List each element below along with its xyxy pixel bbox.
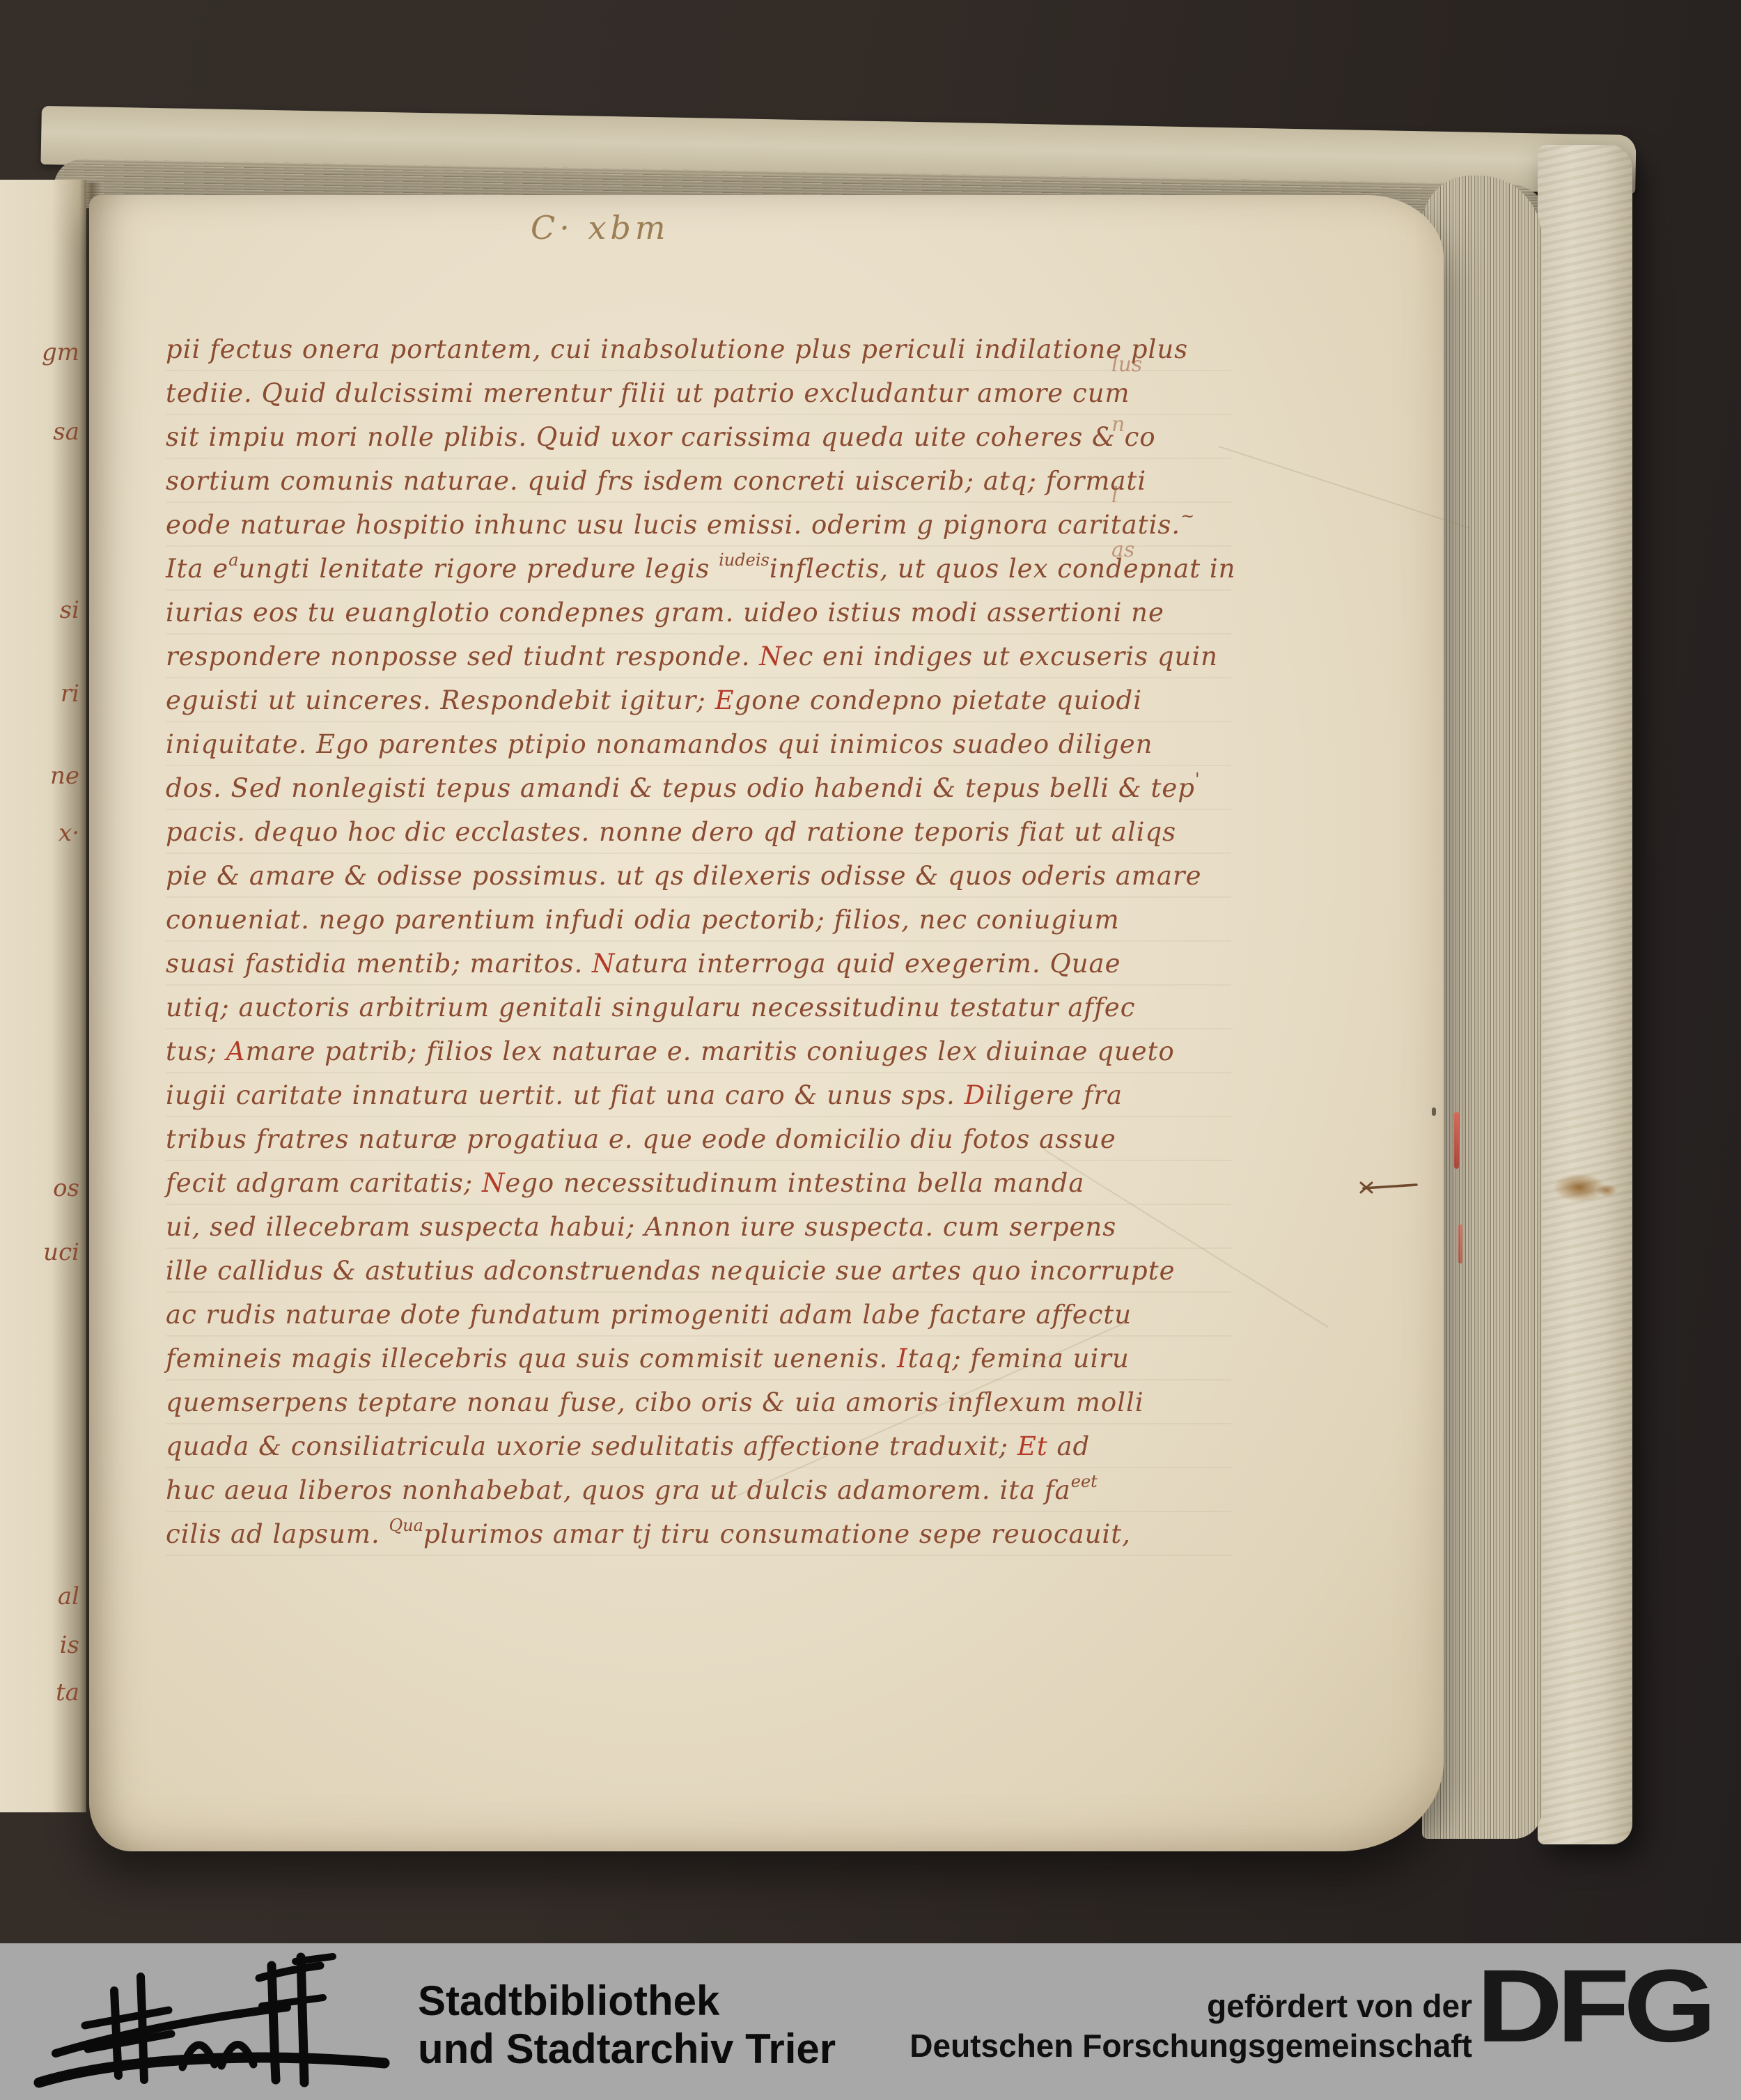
line-text: fecit adgram caritatis;	[166, 1168, 482, 1198]
left-page-line-ending: is	[0, 1631, 104, 1659]
line-text: quemserpens teptare nonau fuse, cibo ori…	[166, 1387, 1144, 1417]
ink-offset-fragment: n	[1111, 412, 1125, 437]
manuscript-line: utiq; auctoris arbitrium genitali singul…	[166, 986, 1231, 1029]
line-text: eguisti ut uinceres. Respondebit igitur;	[166, 685, 715, 715]
line-text: inflectis, ut quos lex condepnat in	[770, 554, 1236, 584]
interlinear-gloss: Qua	[389, 1516, 423, 1535]
line-text: atura interroga quid exegerim. Quae	[615, 949, 1121, 979]
left-page-line-ending: ne	[0, 762, 104, 790]
left-page-line-ending: os	[0, 1174, 104, 1202]
book-cover-right-board	[1538, 145, 1632, 1844]
funding-line2: Deutschen Forschungsgemeinschaft	[836, 2026, 1472, 2066]
left-page-line-ending: uci	[0, 1238, 104, 1266]
line-text: conueniat. nego parentium infudi odia pe…	[166, 905, 1120, 935]
interlinear-gloss: ~	[1180, 506, 1194, 526]
folio-mark: C· xbm	[531, 209, 669, 247]
line-text: pacis. dequo hoc dic ecclastes. nonne de…	[166, 817, 1176, 847]
line-text: ac rudis naturae dote fundatum primogeni…	[166, 1300, 1132, 1330]
red-edge-speck	[1454, 1112, 1459, 1169]
rubric-initial: I	[897, 1344, 908, 1374]
left-page-line-ending: al	[0, 1582, 104, 1610]
ink-offset-fragment: l	[1111, 483, 1118, 508]
manuscript-line: dos. Sed nonlegisti tepus amandi & tepus…	[166, 766, 1231, 810]
red-edge-speck	[1458, 1224, 1462, 1263]
interlinear-gloss: iudeis	[719, 550, 770, 570]
manuscript-line: sortium comunis naturae. quid frs isdem …	[166, 459, 1231, 503]
manuscript-line: tediie. Quid dulcissimi merentur filii u…	[166, 371, 1231, 415]
line-text: utiq; auctoris arbitrium genitali singul…	[166, 993, 1135, 1022]
manuscript-line: ac rudis naturae dote fundatum primogeni…	[166, 1293, 1231, 1337]
line-text: iniquitate. Ego parentes ptipio nonamand…	[166, 729, 1153, 759]
line-text: gone condepno pietate quiodi	[735, 685, 1142, 715]
interlinear-gloss: a	[228, 550, 238, 570]
manuscript-line: iniquitate. Ego parentes ptipio nonamand…	[166, 722, 1231, 766]
funding-line1: gefördert von der	[836, 1986, 1472, 2026]
funding-credit: gefördert von der Deutschen Forschungsge…	[836, 1986, 1472, 2066]
manuscript-text-block: pii fectus onera portantem, cui inabsolu…	[166, 327, 1231, 1556]
rubric-initial: N	[759, 641, 782, 671]
line-text: sit impiu mori nolle plibis. Quid uxor c…	[166, 422, 1156, 452]
rubric-initial: N	[482, 1168, 505, 1198]
library-name-line1: Stadtbibliothek	[418, 1977, 836, 2025]
line-text: ego necessitudinum intestina bella manda	[505, 1168, 1084, 1198]
manuscript-line: sit impiu mori nolle plibis. Quid uxor c…	[166, 415, 1231, 459]
line-text: femineis magis illecebris qua suis commi…	[166, 1344, 897, 1374]
manuscript-line: pii fectus onera portantem, cui inabsolu…	[166, 327, 1231, 371]
line-text: sortium comunis naturae. quid frs isdem …	[166, 466, 1146, 496]
manuscript-line: quemserpens teptare nonau fuse, cibo ori…	[166, 1380, 1231, 1424]
manuscript-line: eode naturae hospitio inhunc usu lucis e…	[166, 503, 1231, 547]
manuscript-line: pacis. dequo hoc dic ecclastes. nonne de…	[166, 810, 1231, 854]
digitized-manuscript-photo: C· xbm pii fectus onera portantem, cui i…	[0, 0, 1741, 2100]
manuscript-line: ille callidus & astutius adconstruendas …	[166, 1249, 1231, 1293]
rubric-initial: N	[592, 949, 615, 979]
manuscript-line: suasi fastidia mentib; maritos. Natura i…	[166, 942, 1231, 986]
line-text: tediie. Quid dulcissimi merentur filii u…	[166, 378, 1130, 408]
manuscript-line: ui, sed illecebram suspecta habui; Annon…	[166, 1205, 1231, 1249]
line-text: iurias eos tu euanglotio condepnes gram.…	[166, 598, 1164, 628]
line-text: Ita e	[166, 554, 228, 584]
line-text: suasi fastidia mentib; maritos.	[166, 949, 592, 979]
manuscript-line: quada & consiliatricula uxorie sedulitat…	[166, 1424, 1231, 1468]
left-page-line-ending: ta	[0, 1679, 104, 1706]
line-text: ad	[1048, 1431, 1091, 1461]
manuscript-line: respondere nonposse sed tiudnt responde.…	[166, 635, 1231, 678]
left-page-line-ending: si	[0, 596, 104, 624]
trier-bridge-logo	[31, 1947, 393, 2095]
line-text: pii fectus onera portantem, cui inabsolu…	[166, 334, 1188, 364]
line-text: mare patrib; filios lex naturae e. marit…	[246, 1036, 1175, 1066]
line-text: taq; femina uiru	[908, 1344, 1130, 1374]
left-page-line-ending: ri	[0, 680, 104, 708]
interlinear-gloss: eet	[1071, 1472, 1098, 1491]
manuscript-line: conueniat. nego parentium infudi odia pe…	[166, 898, 1231, 942]
left-page-line-ending: sa	[0, 418, 104, 446]
line-text: iligere fra	[985, 1080, 1123, 1110]
line-text: ille callidus & astutius adconstruendas …	[166, 1256, 1175, 1286]
line-text: ec eni indiges ut excuseris quin	[783, 641, 1218, 671]
left-page-line-ending: gm	[0, 339, 104, 366]
line-text: iugii caritate innatura uertit. ut fiat …	[166, 1080, 965, 1110]
left-page-line-ending: x·	[0, 819, 104, 847]
line-text: dos. Sed nonlegisti tepus amandi & tepus…	[166, 773, 1195, 803]
ink-offset-fragment: as	[1111, 538, 1134, 562]
manuscript-line: tribus fratres naturæ progatiua e. que e…	[166, 1117, 1231, 1161]
line-text: tribus fratres naturæ progatiua e. que e…	[166, 1124, 1116, 1154]
rubric-initial: D	[965, 1080, 986, 1110]
line-text: quada & consiliatricula uxorie sedulitat…	[166, 1431, 1017, 1461]
ink-offset-fragment: lus	[1111, 352, 1142, 377]
manuscript-line: pie & amare & odisse possimus. ut qs dil…	[166, 854, 1231, 898]
manuscript-line: eguisti ut uinceres. Respondebit igitur;…	[166, 678, 1231, 722]
line-text: respondere nonposse sed tiudnt responde.	[166, 641, 759, 671]
manuscript-line: huc aeua liberos nonhabebat, quos gra ut…	[166, 1468, 1231, 1512]
dark-edge-speck	[1432, 1107, 1436, 1116]
line-text: huc aeua liberos nonhabebat, quos gra ut…	[166, 1475, 1071, 1505]
line-text: plurimos amar tj tiru consumatione sepe …	[423, 1519, 1131, 1549]
line-text: pie & amare & odisse possimus. ut qs dil…	[166, 861, 1202, 891]
line-text: tus;	[166, 1036, 226, 1066]
marginal-correction-mark	[1355, 1172, 1425, 1202]
rubric-initial: E	[715, 685, 735, 715]
dfg-logo: DFG	[1476, 1954, 1710, 2058]
rubric-initial: A	[226, 1036, 246, 1066]
library-name: Stadtbibliothek und Stadtarchiv Trier	[418, 1977, 836, 2073]
rubric-initial: Et	[1017, 1431, 1048, 1461]
library-name-line2: und Stadtarchiv Trier	[418, 2025, 836, 2073]
line-text: cilis ad lapsum.	[166, 1519, 389, 1549]
manuscript-line: iugii caritate innatura uertit. ut fiat …	[166, 1073, 1231, 1117]
manuscript-line: iurias eos tu euanglotio condepnes gram.…	[166, 591, 1231, 635]
line-text: eode naturae hospitio inhunc usu lucis e…	[166, 510, 1180, 540]
manuscript-line: cilis ad lapsum. Quaplurimos amar tj tir…	[166, 1512, 1231, 1556]
manuscript-line: tus; Amare patrib; filios lex naturae e.…	[166, 1029, 1231, 1073]
manuscript-line: femineis magis illecebris qua suis commi…	[166, 1337, 1231, 1380]
library-banner: Stadtbibliothek und Stadtarchiv Trier ge…	[0, 1943, 1741, 2100]
interlinear-gloss: '	[1195, 770, 1200, 789]
cover-stain	[1596, 1184, 1617, 1197]
manuscript-line: fecit adgram caritatis; Nego necessitudi…	[166, 1161, 1231, 1205]
line-text: ungti lenitate rigore predure legis	[239, 554, 719, 584]
manuscript-line: Ita eaungti lenitate rigore predure legi…	[166, 547, 1231, 591]
line-text: ui, sed illecebram suspecta habui; Annon…	[166, 1212, 1116, 1242]
